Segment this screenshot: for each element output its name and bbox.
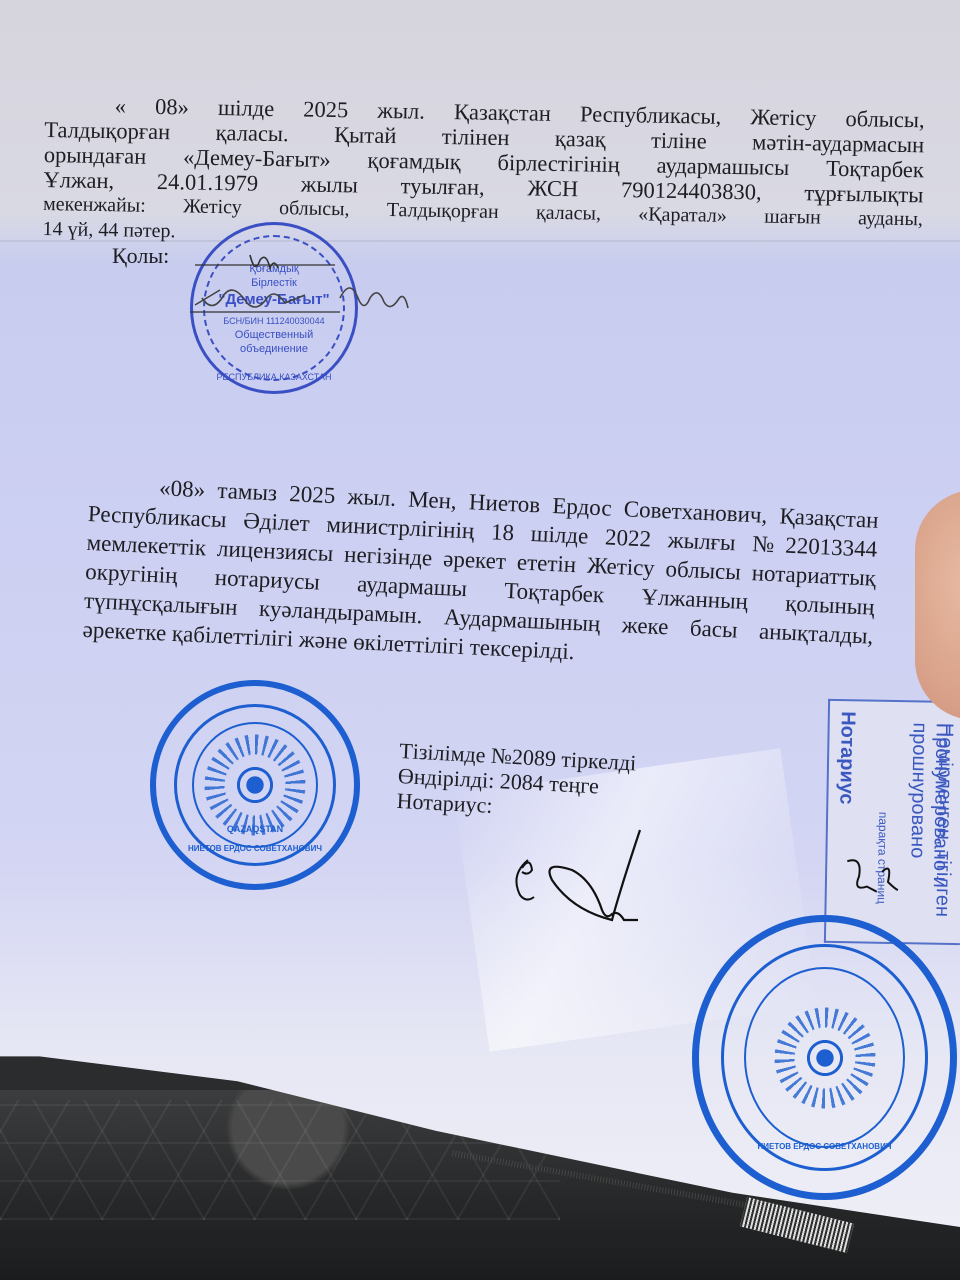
stamp-notary-name: НИЕТОВ ЕРДОС СОВЕТХАНОВИЧ	[699, 1142, 950, 1151]
notary-stamp: QAZAQSTAN НИЕТОВ ЕРДОС СОВЕТХАНОВИЧ	[150, 680, 360, 890]
stamp-emblem-label: QAZAQSTAN	[156, 824, 354, 834]
stamp-text: Общественный	[193, 329, 355, 342]
binding-notary: Нотариус	[834, 711, 859, 805]
stamp-text: РЕСПУБЛИКА КАЗАХСТАН	[193, 371, 355, 384]
translator-paragraph: « 08» шілде 2025 жыл. Қазақстан Республи…	[42, 92, 924, 257]
stamp-text: объединение	[193, 343, 355, 356]
emblem-icon	[795, 1028, 855, 1088]
finger	[915, 490, 960, 720]
page-count-handwriting	[837, 851, 918, 902]
registry-block: Тізілімде №2089 тіркелді Өндірілді: 2084…	[396, 738, 637, 825]
stamp-notary-name: НИЕТОВ ЕРДОС СОВЕТХАНОВИЧ	[156, 844, 354, 853]
notary-paragraph: «08» тамыз 2025 жыл. Мен, Ниетов Ердос С…	[82, 470, 879, 680]
notary-stamp-binding: НИЕТОВ ЕРДОС СОВЕТХАНОВИЧ	[692, 915, 957, 1200]
translator-signature	[190, 250, 420, 330]
signature-label: Қолы:	[112, 243, 169, 269]
binding-text-kz: Нөмірленген, тігілген	[930, 723, 956, 918]
emblem-icon	[225, 755, 285, 815]
binding-label: Нотариус парақта страниц Пронумеровано и…	[824, 699, 960, 945]
notary-signature	[500, 820, 660, 940]
